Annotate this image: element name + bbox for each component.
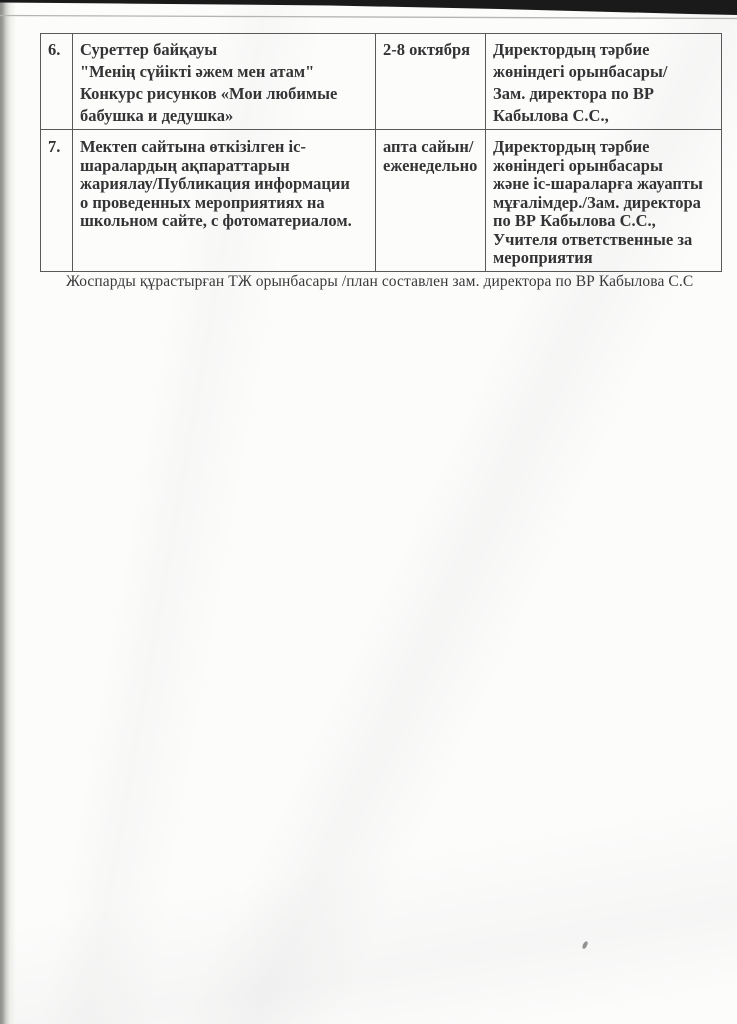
table-row: 6. Суреттер байқауы "Менің сүйікті әжем … [41, 34, 722, 130]
scanner-top-edge [0, 0, 737, 24]
row-number-cell: 6. [41, 34, 73, 130]
activity-plan-table: 6. Суреттер байқауы "Менің сүйікті әжем … [40, 33, 722, 272]
responsible-cell: Директордың тәрбие жөніндегі орынбасары … [486, 130, 722, 272]
scanned-document-page: 6. Суреттер байқауы "Менің сүйікті әжем … [0, 0, 737, 1024]
ink-speck [582, 941, 589, 950]
row-number-cell: 7. [41, 130, 73, 272]
page-left-edge-shadow [0, 0, 16, 1024]
table-row: 7. Мектеп сайтына өткізілген іс- шаралар… [41, 130, 722, 272]
plan-compiler-signature-line: Жоспарды құрастырған ТЖ орынбасары /план… [66, 273, 693, 291]
activity-cell: Мектеп сайтына өткізілген іс- шаралардың… [73, 130, 376, 272]
activity-cell: Суреттер байқауы "Менің сүйікті әжем мен… [73, 34, 376, 130]
date-cell: 2-8 октября [376, 34, 486, 130]
date-cell: апта сайын/ еженедельно [376, 130, 486, 272]
responsible-cell: Директордың тәрбие жөніндегі орынбасары/… [486, 34, 722, 130]
